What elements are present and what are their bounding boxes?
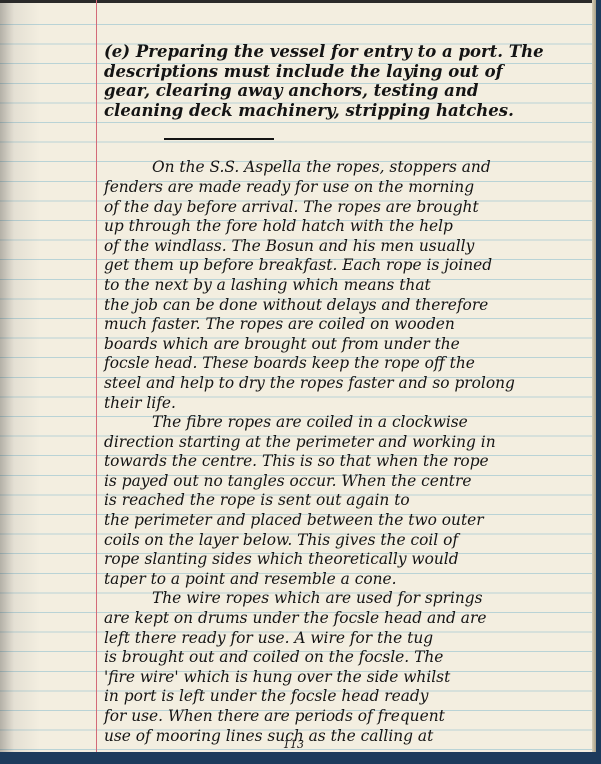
text-line: are kept on drums under the focsle head … <box>104 609 588 629</box>
text-line: up through the fore hold hatch with the … <box>104 217 588 237</box>
text-line: get them up before breakfast. Each rope … <box>104 256 588 276</box>
red-margin-line <box>96 0 97 752</box>
paragraph-wire-ropes: The wire ropes which are used for spring… <box>104 589 588 746</box>
text-line: to the next by a lashing which means tha… <box>104 276 588 296</box>
text-line: is brought out and coiled on the focsle.… <box>104 648 588 668</box>
heading-line: cleaning deck machinery, stripping hatch… <box>104 101 588 121</box>
heading-line: descriptions must include the laying out… <box>104 62 588 82</box>
text-line: steel and help to dry the ropes faster a… <box>104 374 588 394</box>
text-line: use of mooring lines such as the calling… <box>104 727 588 747</box>
notebook-page: (e) Preparing the vessel for entry to a … <box>0 0 596 752</box>
text-line: The wire ropes which are used for spring… <box>104 589 588 609</box>
text-line: is payed out no tangles occur. When the … <box>104 472 588 492</box>
text-line: left there ready for use. A wire for the… <box>104 629 588 649</box>
text-line: their life. <box>104 394 588 414</box>
text-line: the perimeter and placed between the two… <box>104 511 588 531</box>
heading-line: gear, clearing away anchors, testing and <box>104 81 588 101</box>
paragraph-ropes-preparation: On the S.S. Aspella the ropes, stoppers … <box>104 158 588 413</box>
question-heading: (e) Preparing the vessel for entry to a … <box>104 42 588 120</box>
text-line: rope slanting sides which theoretically … <box>104 550 588 570</box>
text-line: of the day before arrival. The ropes are… <box>104 198 588 218</box>
handwritten-text: (e) Preparing the vessel for entry to a … <box>104 42 588 746</box>
text-line: for use. When there are periods of frequ… <box>104 707 588 727</box>
text-line: The fibre ropes are coiled in a clockwis… <box>104 413 588 433</box>
text-line: direction starting at the perimeter and … <box>104 433 588 453</box>
page-number: 113 <box>283 738 304 751</box>
text-line: taper to a point and resemble a cone. <box>104 570 588 590</box>
text-line: focsle head. These boards keep the rope … <box>104 354 588 374</box>
page-right-edge <box>592 0 596 752</box>
text-line: the job can be done without delays and t… <box>104 296 588 316</box>
page-top-edge <box>0 0 596 3</box>
text-line: coils on the layer below. This gives the… <box>104 531 588 551</box>
paragraph-fibre-ropes: The fibre ropes are coiled in a clockwis… <box>104 413 588 589</box>
text-line: is reached the rope is sent out again to <box>104 491 588 511</box>
heading-line: (e) Preparing the vessel for entry to a … <box>104 42 588 62</box>
text-line: in port is left under the focsle head re… <box>104 687 588 707</box>
text-line: of the windlass. The Bosun and his men u… <box>104 237 588 257</box>
heading-underline-divider <box>164 138 274 140</box>
text-line: towards the centre. This is so that when… <box>104 452 588 472</box>
text-line: fenders are made ready for use on the mo… <box>104 178 588 198</box>
text-line: 'fire wire' which is hung over the side … <box>104 668 588 688</box>
text-line: On the S.S. Aspella the ropes, stoppers … <box>104 158 588 178</box>
text-line: much faster. The ropes are coiled on woo… <box>104 315 588 335</box>
text-line: boards which are brought out from under … <box>104 335 588 355</box>
